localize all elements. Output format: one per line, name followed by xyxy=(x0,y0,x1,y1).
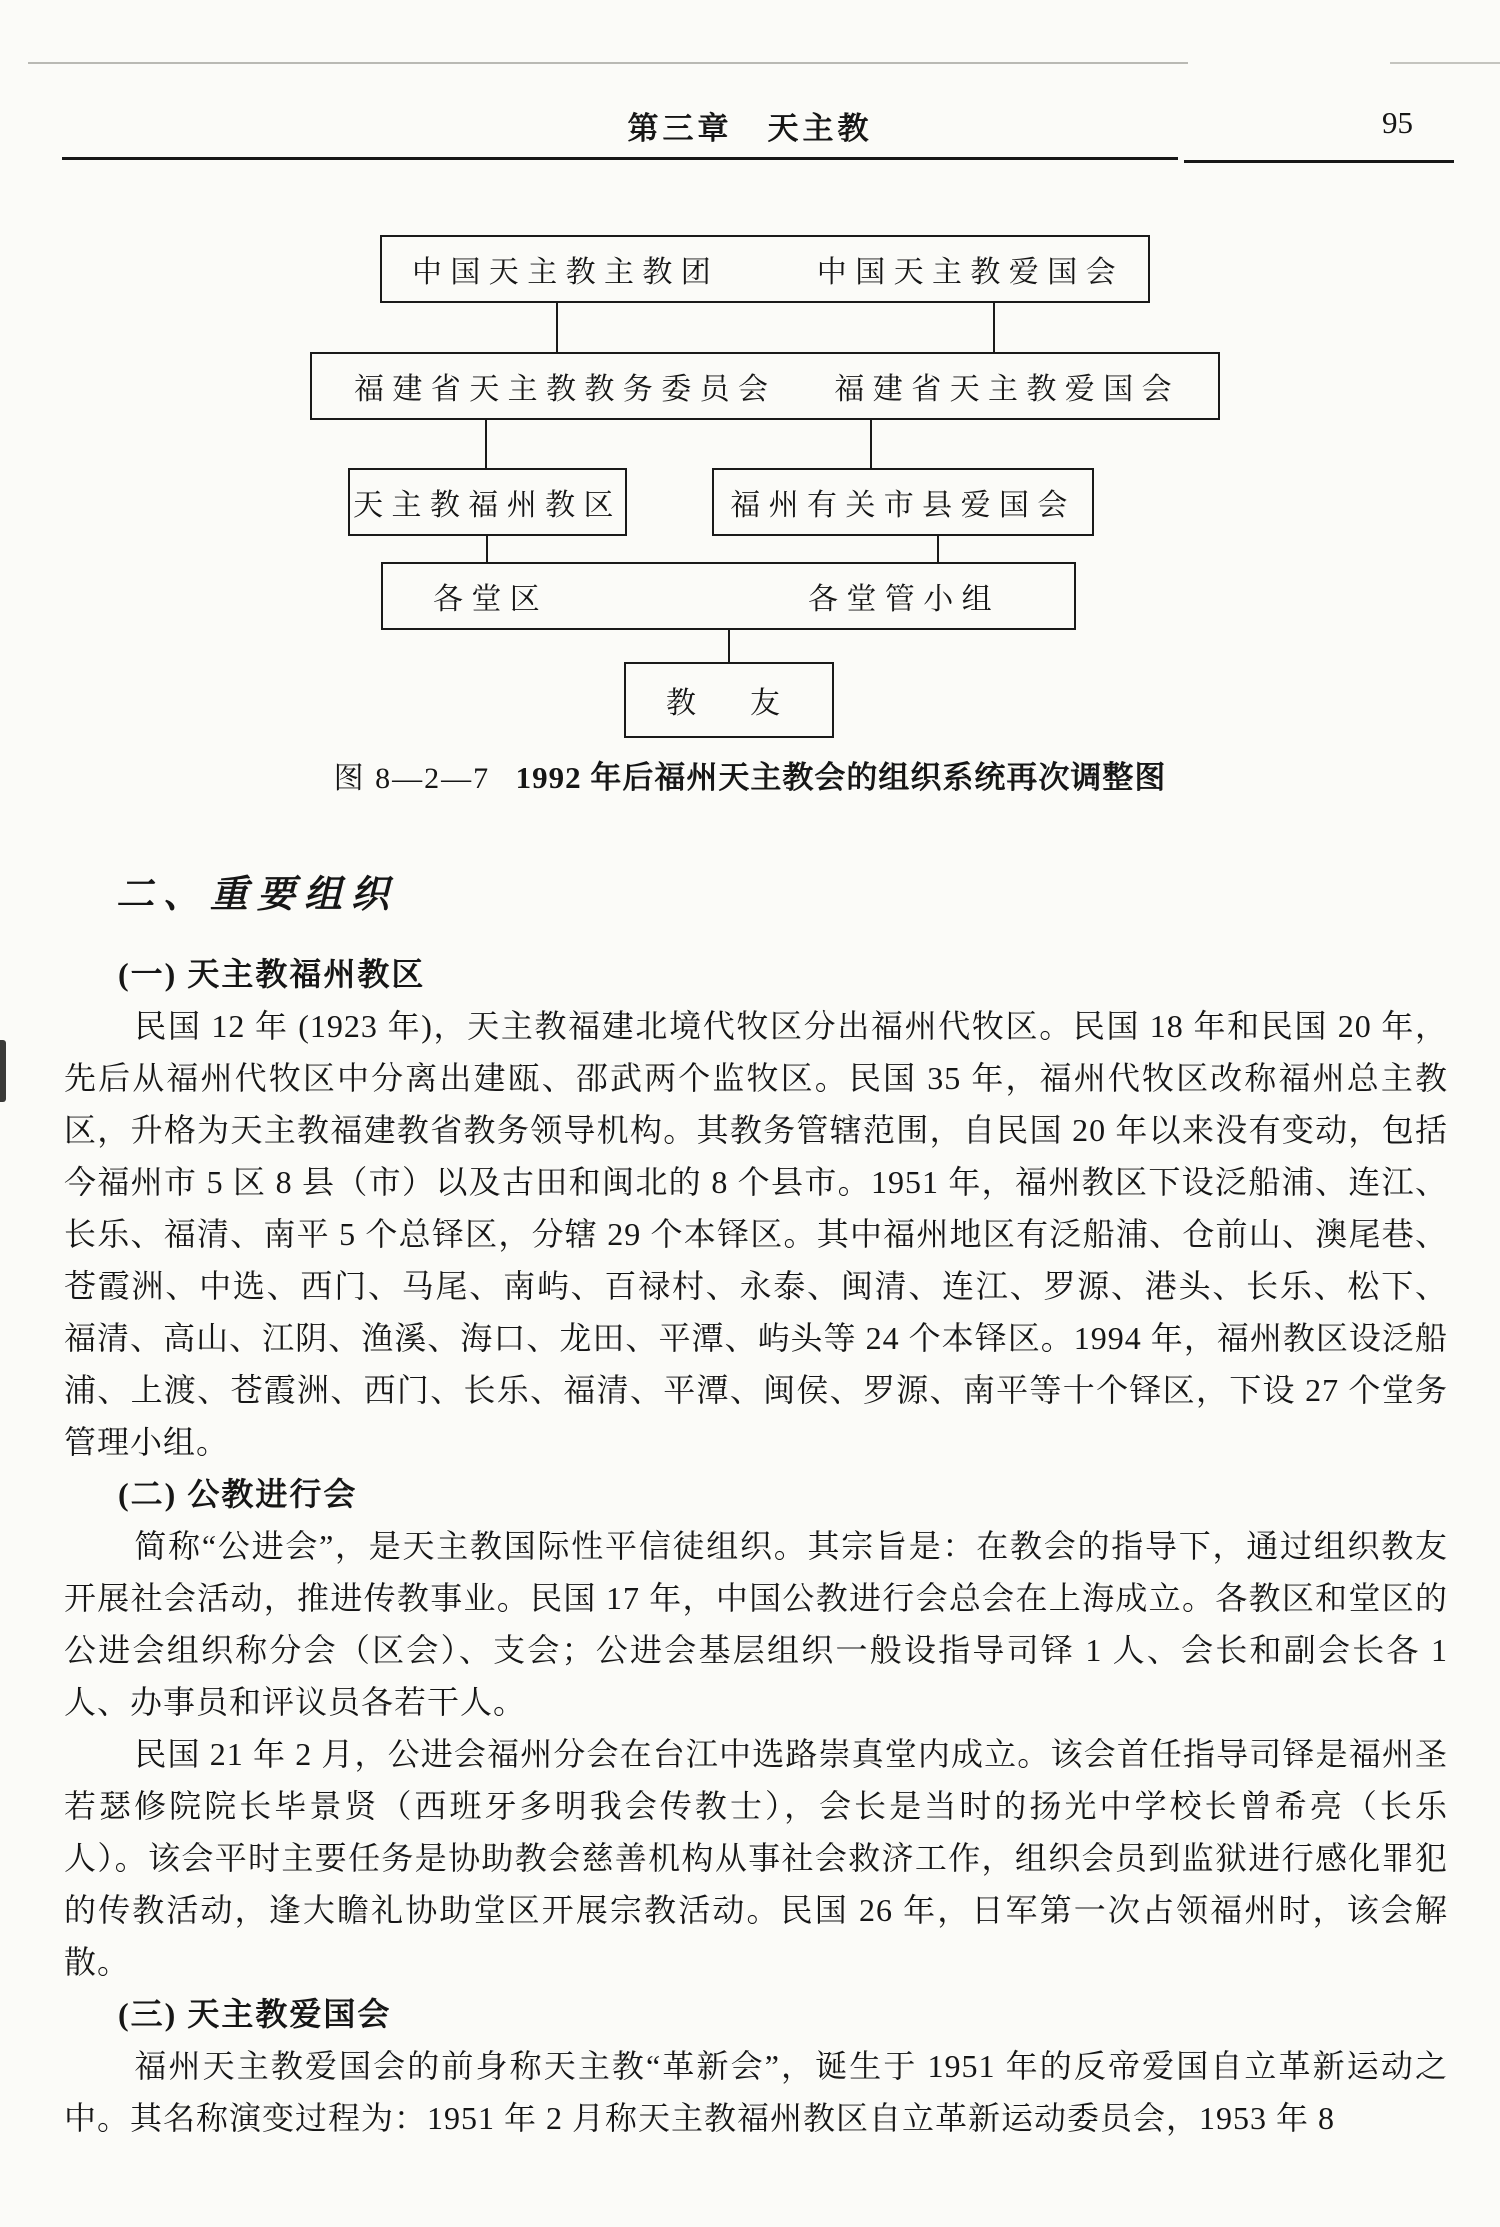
chart-box-province-level: 福建省天主教教务委员会 福建省天主教爱国会 xyxy=(310,352,1220,420)
flowchart-connector xyxy=(728,630,730,662)
section-heading: 二、重要组织 xyxy=(116,868,1448,922)
chart-label-parish-management-groups: 各堂管小组 xyxy=(808,574,1000,618)
chart-label-fuzhou-diocese: 天主教福州教区 xyxy=(353,480,622,524)
figure-title: 1992 年后福州天主教会的组织系统再次调整图 xyxy=(516,760,1167,795)
org-chart-figure: 中国天主教主教团 中国天主教爱国会 福建省天主教教务委员会 福建省天主教爱国会 … xyxy=(0,0,1500,810)
book-page: 第三章 天主教 95 中国天主教主教团 中国天主教爱国会 福建省天主教教务委员会… xyxy=(0,0,1500,2227)
flowchart-connector xyxy=(556,303,558,352)
figure-caption: 图 8—2—7 1992 年后福州天主教会的组织系统再次调整图 xyxy=(0,752,1500,797)
chart-box-faithful: 教 友 xyxy=(624,662,834,738)
chart-box-fuzhou-diocese: 天主教福州教区 xyxy=(348,468,627,536)
paragraph-catholic-action-1: 简称“公进会”，是天主教国际性平信徒组织。其宗旨是：在教会的指导下，通过组织教友… xyxy=(64,1520,1448,1728)
flowchart-connector xyxy=(993,303,995,352)
chart-box-parish-level: 各堂区 各堂管小组 xyxy=(381,562,1076,630)
chart-box-city-county-patriotic-assoc: 福州有关市县爱国会 xyxy=(712,468,1094,536)
flowchart-connector xyxy=(485,420,487,468)
flowchart-connector xyxy=(937,536,939,562)
subsection-heading-3: (三) 天主教爱国会 xyxy=(118,1988,1448,2040)
scan-artifact xyxy=(0,1040,6,1102)
chart-label-parishes: 各堂区 xyxy=(433,574,548,618)
chart-label-faithful: 教 友 xyxy=(666,678,792,722)
body-text-column: 二、重要组织 (一) 天主教福州教区 民国 12 年 (1923 年)，天主教福… xyxy=(64,868,1448,2144)
flowchart-connector xyxy=(486,536,488,562)
paragraph-patriotic-assoc: 福州天主教爱国会的前身称天主教“革新会”，诞生于 1951 年的反帝爱国自立革新… xyxy=(64,2040,1448,2144)
flowchart-connector xyxy=(870,420,872,468)
chart-label-fujian-church-affairs-committee: 福建省天主教教务委员会 xyxy=(354,364,776,408)
chart-label-bishops-conference: 中国天主教主教团 xyxy=(412,247,719,291)
subsection-heading-1: (一) 天主教福州教区 xyxy=(118,948,1448,1000)
chart-label-city-county-patriotic-assoc: 福州有关市县爱国会 xyxy=(730,480,1076,524)
paragraph-fuzhou-diocese: 民国 12 年 (1923 年)，天主教福建北境代牧区分出福州代牧区。民国 18… xyxy=(64,1000,1448,1468)
figure-number: 图 8—2—7 xyxy=(334,762,491,795)
chart-box-national-level: 中国天主教主教团 中国天主教爱国会 xyxy=(380,235,1150,303)
paragraph-catholic-action-2: 民国 21 年 2 月，公进会福州分会在台江中选路崇真堂内成立。该会首任指导司铎… xyxy=(64,1728,1448,1988)
chart-label-fujian-patriotic-assoc: 福建省天主教爱国会 xyxy=(834,364,1180,408)
chart-label-national-patriotic-assoc: 中国天主教爱国会 xyxy=(817,247,1124,291)
subsection-heading-2: (二) 公教进行会 xyxy=(118,1468,1448,1520)
